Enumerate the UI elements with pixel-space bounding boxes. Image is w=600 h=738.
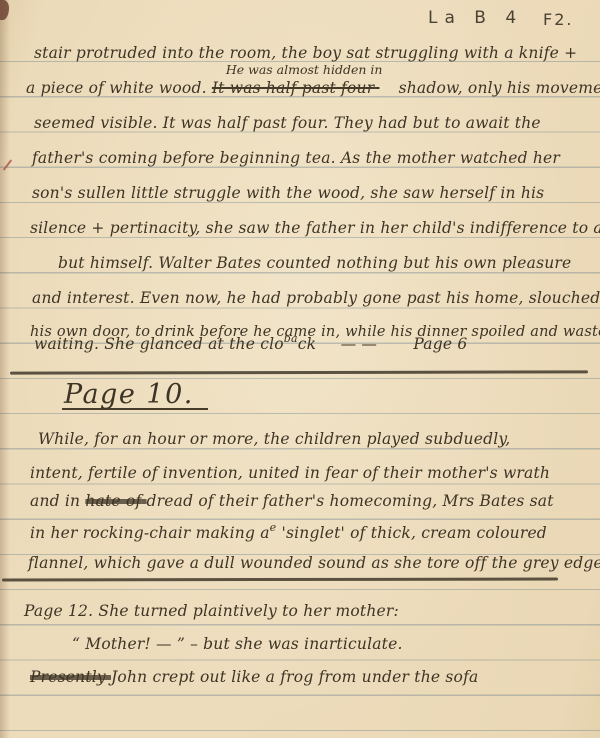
struck-text-content: It was half past four (212, 79, 374, 97)
folio-number: F2. (543, 10, 573, 29)
line-segment: shadow, only his movement (399, 79, 600, 97)
manuscript-line: but himself. Walter Bates counted nothin… (58, 252, 571, 274)
line-segment: a piece of white wood. (26, 79, 207, 97)
line-segment: 'singlet' of thick, cream coloured (282, 524, 547, 542)
line-segment: and in (30, 492, 80, 510)
manuscript-line: seemed visible. It was half past four. T… (34, 112, 541, 134)
line-segment: ck (298, 335, 316, 353)
section-divider (2, 578, 558, 582)
manuscript-line: “ Mother! — ” – but she was inarticulate… (72, 633, 403, 655)
page-edge-shadow (0, 0, 10, 738)
manuscript-line: in her rocking-chair making ae 'singlet'… (30, 522, 547, 546)
line-segment: in her rocking-chair making a (30, 524, 270, 542)
manuscript-line: flannel, which gave a dull wounded sound… (28, 552, 600, 574)
manuscript-line: While, for an hour or more, the children… (38, 428, 510, 450)
line-segment: John crept out like a frog from under th… (111, 668, 478, 686)
interlinear-insertion: e (270, 521, 277, 534)
struck-text: It was half past four He was almost hidd… (212, 79, 380, 97)
manuscript-line: Presently John crept out like a frog fro… (30, 666, 478, 688)
struck-text-content: hate of (85, 492, 141, 510)
section-heading: Page 10. (62, 384, 208, 410)
manuscript-line: and interest. Even now, he had probably … (32, 287, 600, 309)
line-segment: waiting. She glanced at the clo (34, 335, 284, 353)
interlinear-insertion: He was almost hidden in (226, 64, 383, 76)
struck-text: Presently (30, 668, 111, 686)
dash-marks: — — (341, 335, 378, 353)
manuscript-line: Page 12. She turned plaintively to her m… (24, 600, 399, 622)
page-reference: Page 6 (413, 335, 467, 353)
struck-text: hate of (85, 492, 146, 510)
manuscript-line: stair protruded into the room, the boy s… (34, 42, 577, 64)
manuscript-line: waiting. She glanced at the cloback — — … (34, 333, 467, 357)
manuscript-line: and in hate of dread of their father's h… (30, 490, 554, 512)
struck-text-content: Presently (30, 668, 106, 686)
archive-classmark: La B 4 (428, 8, 523, 28)
manuscript-line: a piece of white wood. It was half past … (26, 77, 600, 99)
section-divider (10, 370, 588, 374)
interlinear-insertion: ba (284, 332, 298, 345)
amended-word: back (284, 335, 316, 353)
manuscript-line: father's coming before beginning tea. As… (32, 147, 560, 169)
manuscript-page: La B 4 F2. stair protruded into the room… (0, 0, 600, 738)
manuscript-line: intent, fertile of invention, united in … (30, 462, 550, 484)
manuscript-line: son's sullen little struggle with the wo… (32, 182, 544, 204)
line-segment: dread of their father's homecoming, Mrs … (147, 492, 554, 510)
manuscript-line: silence + pertinacity, she saw the fathe… (30, 217, 600, 239)
